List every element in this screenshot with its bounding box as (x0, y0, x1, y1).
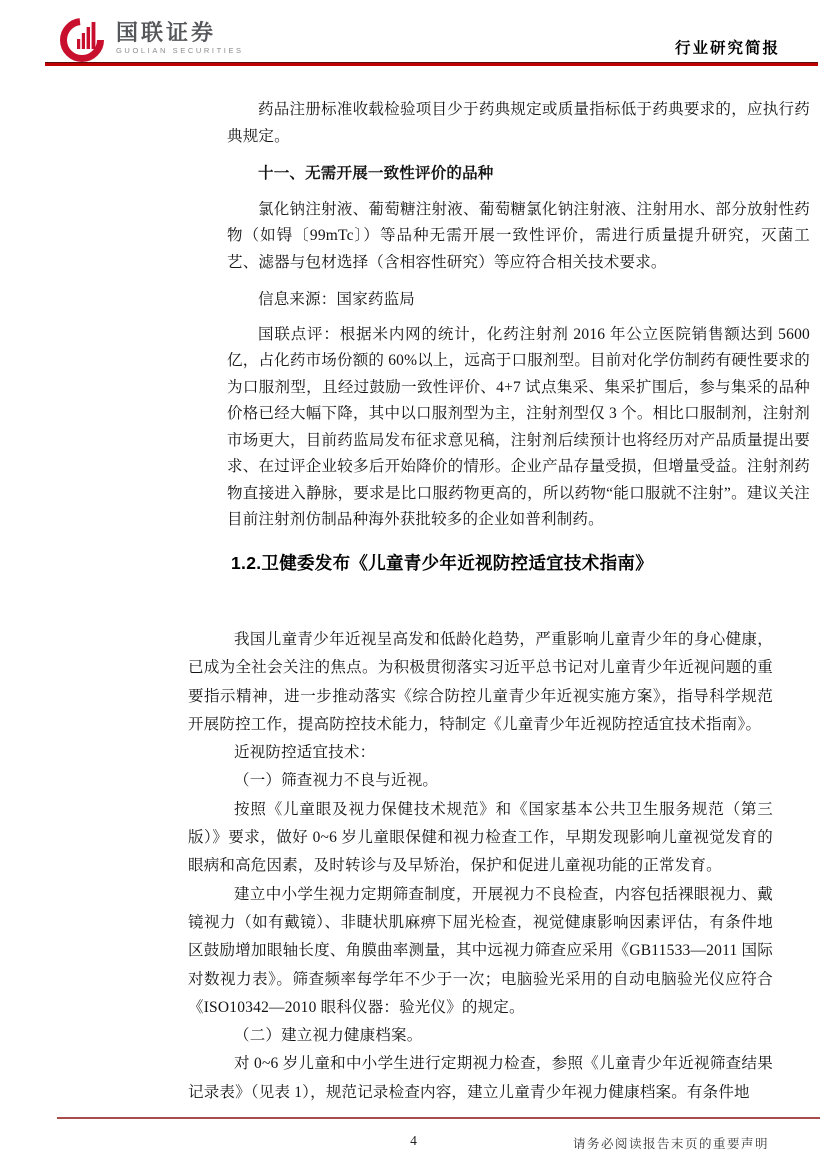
line-appropriate-techniques: 近视防控适宜技术： (188, 739, 773, 767)
section-1-body: 药品注册标准收载检验项目少于药典规定或质量指标低于药典要求的，应执行药典规定。 … (227, 97, 810, 545)
logo-text: 国联证券 GUOLIAN SECURITIES (116, 21, 244, 55)
guolian-logo-icon (58, 13, 108, 63)
logo-name-en: GUOLIAN SECURITIES (116, 46, 244, 55)
paragraph-school-screening: 建立中小学生视力定期筛查制度，开展视力不良检查，内容包括裸眼视力、戴镜视力（如有… (188, 881, 773, 1022)
header-divider-rule (45, 62, 818, 66)
subitem-two-health-archive: （二）建立视力健康档案。 (188, 1022, 773, 1050)
paragraph-screening-0-6: 按照《儿童眼及视力保健技术规范》和《国家基本公共卫生服务规范（第三版）》要求，做… (188, 796, 773, 881)
info-source-line: 信息来源：国家药监局 (227, 287, 810, 314)
report-page: 国联证券 GUOLIAN SECURITIES 行业研究简报 药品注册标准收载检… (0, 0, 827, 1169)
paragraph-guolian-comment: 国联点评：根据米内网的统计，化药注射剂 2016 年公立医院销售额达到 5600… (227, 322, 810, 534)
section-2-body: 我国儿童青少年近视呈高发和低龄化趋势，严重影响儿童青少年的身心健康，已成为全社会… (188, 626, 773, 1107)
paragraph-health-archive: 对 0~6 岁儿童和中小学生进行定期视力检查，参照《儿童青少年近视筛查结果记录表… (188, 1050, 773, 1107)
paragraph-pharmacopoeia-rule: 药品注册标准收载检验项目少于药典规定或质量指标低于药典要求的，应执行药典规定。 (227, 97, 810, 150)
paragraph-myopia-background: 我国儿童青少年近视呈高发和低龄化趋势，严重影响儿童青少年的身心健康，已成为全社会… (188, 626, 773, 739)
footer-disclaimer: 请务必阅读报告末页的重要声明 (573, 1134, 769, 1152)
paragraph-exempt-varieties: 氯化钠注射液、葡萄糖注射液、葡萄糖氯化钠注射液、注射用水、部分放射性药物（如锝〔… (227, 197, 810, 277)
subheading-item-eleven: 十一、无需开展一致性评价的品种 (227, 161, 810, 188)
section-heading-1-2: 1.2.卫健委发布《儿童青少年近视防控适宜技术指南》 (231, 550, 653, 575)
footer-divider-rule (57, 1117, 820, 1119)
logo-name-cn: 国联证券 (116, 21, 244, 45)
report-type-label: 行业研究简报 (675, 36, 780, 58)
subitem-one-screening: （一）筛查视力不良与近视。 (188, 767, 773, 795)
logo: 国联证券 GUOLIAN SECURITIES (58, 13, 244, 63)
